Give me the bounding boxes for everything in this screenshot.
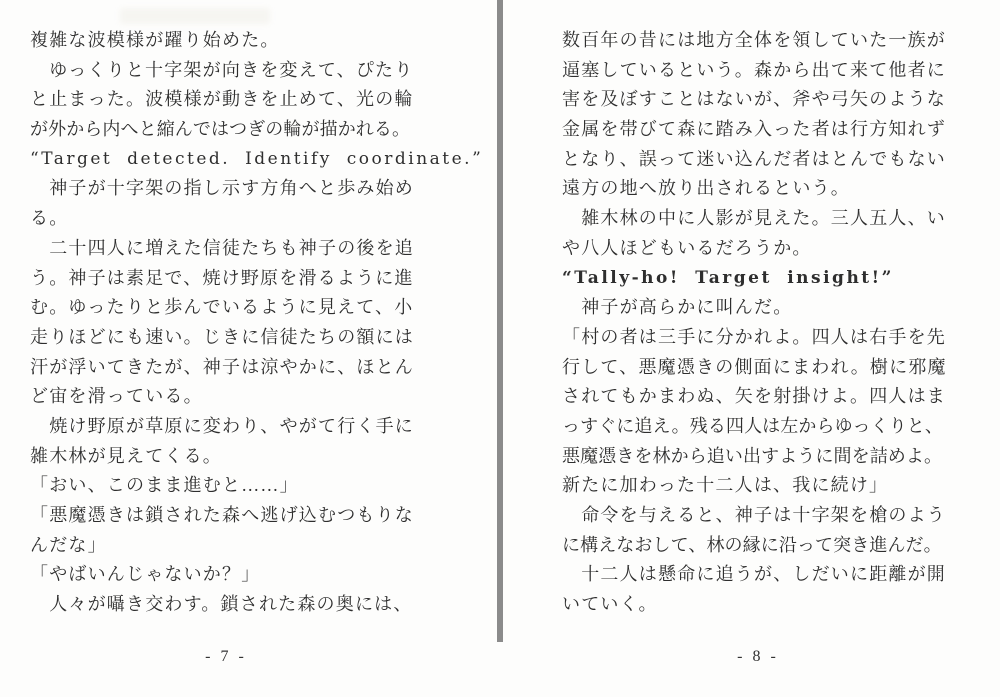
text-line: 遠方の地へ放り出されるという。	[562, 174, 954, 204]
text-line: “Target detected. Identify coordinate.”	[30, 145, 422, 175]
text-line: に構えなおして、林の縁に沿って突き進んだ。	[562, 531, 954, 561]
text-line: 「村の者は三手に分かれよ。四人は右手を先	[562, 323, 954, 353]
text-line: 人々が囁き交わす。鎖された森の奥には、	[30, 590, 422, 620]
page-number-left: - 7 -	[30, 648, 422, 666]
text-line: 二十四人に増えた信徒たちも神子の後を追	[30, 234, 422, 264]
text-line: 神子が十字架の指し示す方角へと歩み始め	[30, 174, 422, 204]
text-line: 「悪魔憑きは鎖された森へ逃げ込むつもりな	[30, 501, 422, 531]
text-line: 雑木林の中に人影が見えた。三人五人、い	[562, 204, 954, 234]
text-line: 雑木林が見えてくる。	[30, 442, 422, 472]
text-line: 金属を帯びて森に踏み入った者は行方知れず	[562, 115, 954, 145]
text-line: 命令を与えると、神子は十字架を槍のよう	[562, 501, 954, 531]
page-left-text: 複雑な波模様が躍り始めた。 ゆっくりと十字架が向きを変えて、ぴたりと止まった。波…	[30, 26, 422, 620]
text-line: が外から内へと縮んではつぎの輪が描かれる。	[30, 115, 422, 145]
page-number-right: - 8 -	[562, 648, 954, 666]
text-line: る。	[30, 204, 422, 234]
book-spread: 複雑な波模様が躍り始めた。 ゆっくりと十字架が向きを変えて、ぴたりと止まった。波…	[0, 0, 1000, 697]
text-line: 十二人は懸命に追うが、しだいに距離が開	[562, 560, 954, 590]
text-line: っすぐに追え。残る四人は左からゆっくりと、	[562, 412, 954, 442]
text-line: 「やばいんじゃないか？」	[30, 560, 422, 590]
text-line: となり、誤って迷い込んだ者はとんでもない	[562, 145, 954, 175]
text-line: ゆっくりと十字架が向きを変えて、ぴたり	[30, 56, 422, 86]
ghost-text-artifact	[120, 8, 270, 24]
text-line: されてもかまわぬ、矢を射掛けよ。四人はま	[562, 382, 954, 412]
text-line: 走りほどにも速い。じきに信徒たちの額には	[30, 323, 422, 353]
text-line: 神子が高らかに叫んだ。	[562, 293, 954, 323]
text-line: 数百年の昔には地方全体を領していた一族が	[562, 26, 954, 56]
page-right-text: 数百年の昔には地方全体を領していた一族が逼塞しているという。森から出て来て他者に…	[562, 26, 954, 620]
text-line: 害を及ぼすことはないが、斧や弓矢のような	[562, 85, 954, 115]
text-line: ど宙を滑っている。	[30, 382, 422, 412]
text-line: や八人ほどもいるだろうか。	[562, 234, 954, 264]
text-line: 複雑な波模様が躍り始めた。	[30, 26, 422, 56]
page-left[interactable]: 複雑な波模様が躍り始めた。 ゆっくりと十字架が向きを変えて、ぴたりと止まった。波…	[0, 0, 497, 697]
text-line: 汗が浮いてきたが、神子は涼やかに、ほとん	[30, 353, 422, 383]
text-line: いていく。	[562, 590, 954, 620]
text-line: 逼塞しているという。森から出て来て他者に	[562, 56, 954, 86]
text-line: う。神子は素足で、焼け野原を滑るように進	[30, 264, 422, 294]
text-line: む。ゆったりと歩んでいるように見えて、小	[30, 293, 422, 323]
text-line: と止まった。波模様が動きを止めて、光の輪	[30, 85, 422, 115]
text-line: 行して、悪魔憑きの側面にまわれ。樹に邪魔	[562, 353, 954, 383]
text-line: 新たに加わった十二人は、我に続け」	[562, 471, 954, 501]
text-line: “Tally-ho! Target insight!”	[562, 264, 954, 294]
text-line: 「おい、このまま進むと……」	[30, 471, 422, 501]
text-line: 悪魔憑きを林から追い出すように間を詰めよ。	[562, 442, 954, 472]
text-line: んだな」	[30, 531, 422, 561]
page-right[interactable]: 数百年の昔には地方全体を領していた一族が逼塞しているという。森から出て来て他者に…	[503, 0, 1000, 697]
text-line: 焼け野原が草原に変わり、やがて行く手に	[30, 412, 422, 442]
